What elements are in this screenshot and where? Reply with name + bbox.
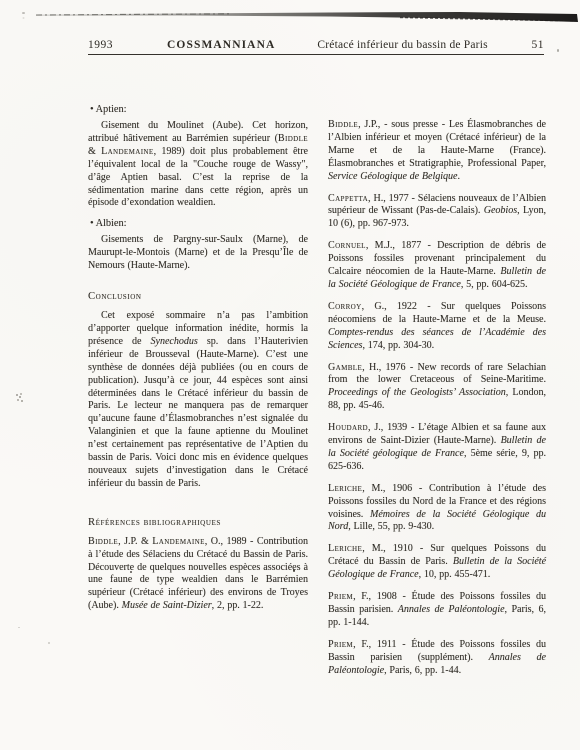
reference-entry: Priem, F., 1911 - Étude des Poissons fos…	[328, 639, 546, 678]
paragraph-albien: Gisements de Pargny-sur-Saulx (Marne), d…	[88, 234, 308, 273]
paragraph-aptien: Gisement du Moulinet (Aube). Cet horizon…	[88, 120, 308, 210]
scan-speck	[18, 627, 20, 628]
article-running-title: Crétacé inférieur du bassin de Paris	[317, 39, 487, 51]
heading-conclusion: Conclusion	[88, 291, 308, 302]
two-column-body: • Aptien: Gisement du Moulinet (Aube). C…	[88, 104, 546, 687]
bullet-item-albien: • Albien:	[90, 218, 308, 229]
scan-speck	[557, 49, 559, 52]
journal-title: COSSMANNIANA	[167, 39, 275, 51]
journal-year: 1993	[88, 39, 113, 51]
reference-entry: Houdard, J., 1939 - L’étage Albien et sa…	[328, 422, 546, 474]
scan-speck	[48, 642, 50, 644]
reference-entry: Corroy, G., 1922 - Sur quelques Poissons…	[328, 301, 546, 353]
bullet-item-aptien: • Aptien:	[90, 104, 308, 115]
scan-artifact-streak	[0, 0, 580, 30]
right-column: Biddle, J.P., - sous presse - Les Élasmo…	[328, 104, 546, 687]
reference-entry: Leriche, M., 1906 - Contribution à l’étu…	[328, 483, 546, 535]
left-column: • Aptien: Gisement du Moulinet (Aube). C…	[88, 104, 308, 687]
reference-entry: Cappetta, H., 1977 - Sélaciens nouveaux …	[328, 193, 546, 232]
scan-smudge	[16, 394, 18, 396]
reference-entry: Priem, F., 1908 - Étude des Poissons fos…	[328, 591, 546, 630]
reference-entry: Cornuel, M.J., 1877 - Description de déb…	[328, 240, 546, 292]
reference-entry: Biddle, J.P., - sous presse - Les Élasmo…	[328, 119, 546, 184]
page-number: 51	[532, 39, 545, 51]
reference-entry: Leriche, M., 1910 - Sur quelques Poisson…	[328, 543, 546, 582]
scan-speck	[22, 12, 25, 14]
reference-entry: Gamble, H., 1976 - New records of rare S…	[328, 362, 546, 414]
scanned-journal-page: 1993 COSSMANNIANA Crétacé inférieur du b…	[0, 0, 580, 750]
page-header: 1993 COSSMANNIANA Crétacé inférieur du b…	[88, 39, 544, 55]
paragraph-conclusion: Cet exposé sommaire n’a pas l’ambition d…	[88, 310, 308, 491]
heading-references: Références bibliographiques	[88, 517, 308, 528]
reference-entry: Biddle, J.P. & Landemaine, O., 1989 - Co…	[88, 536, 308, 613]
